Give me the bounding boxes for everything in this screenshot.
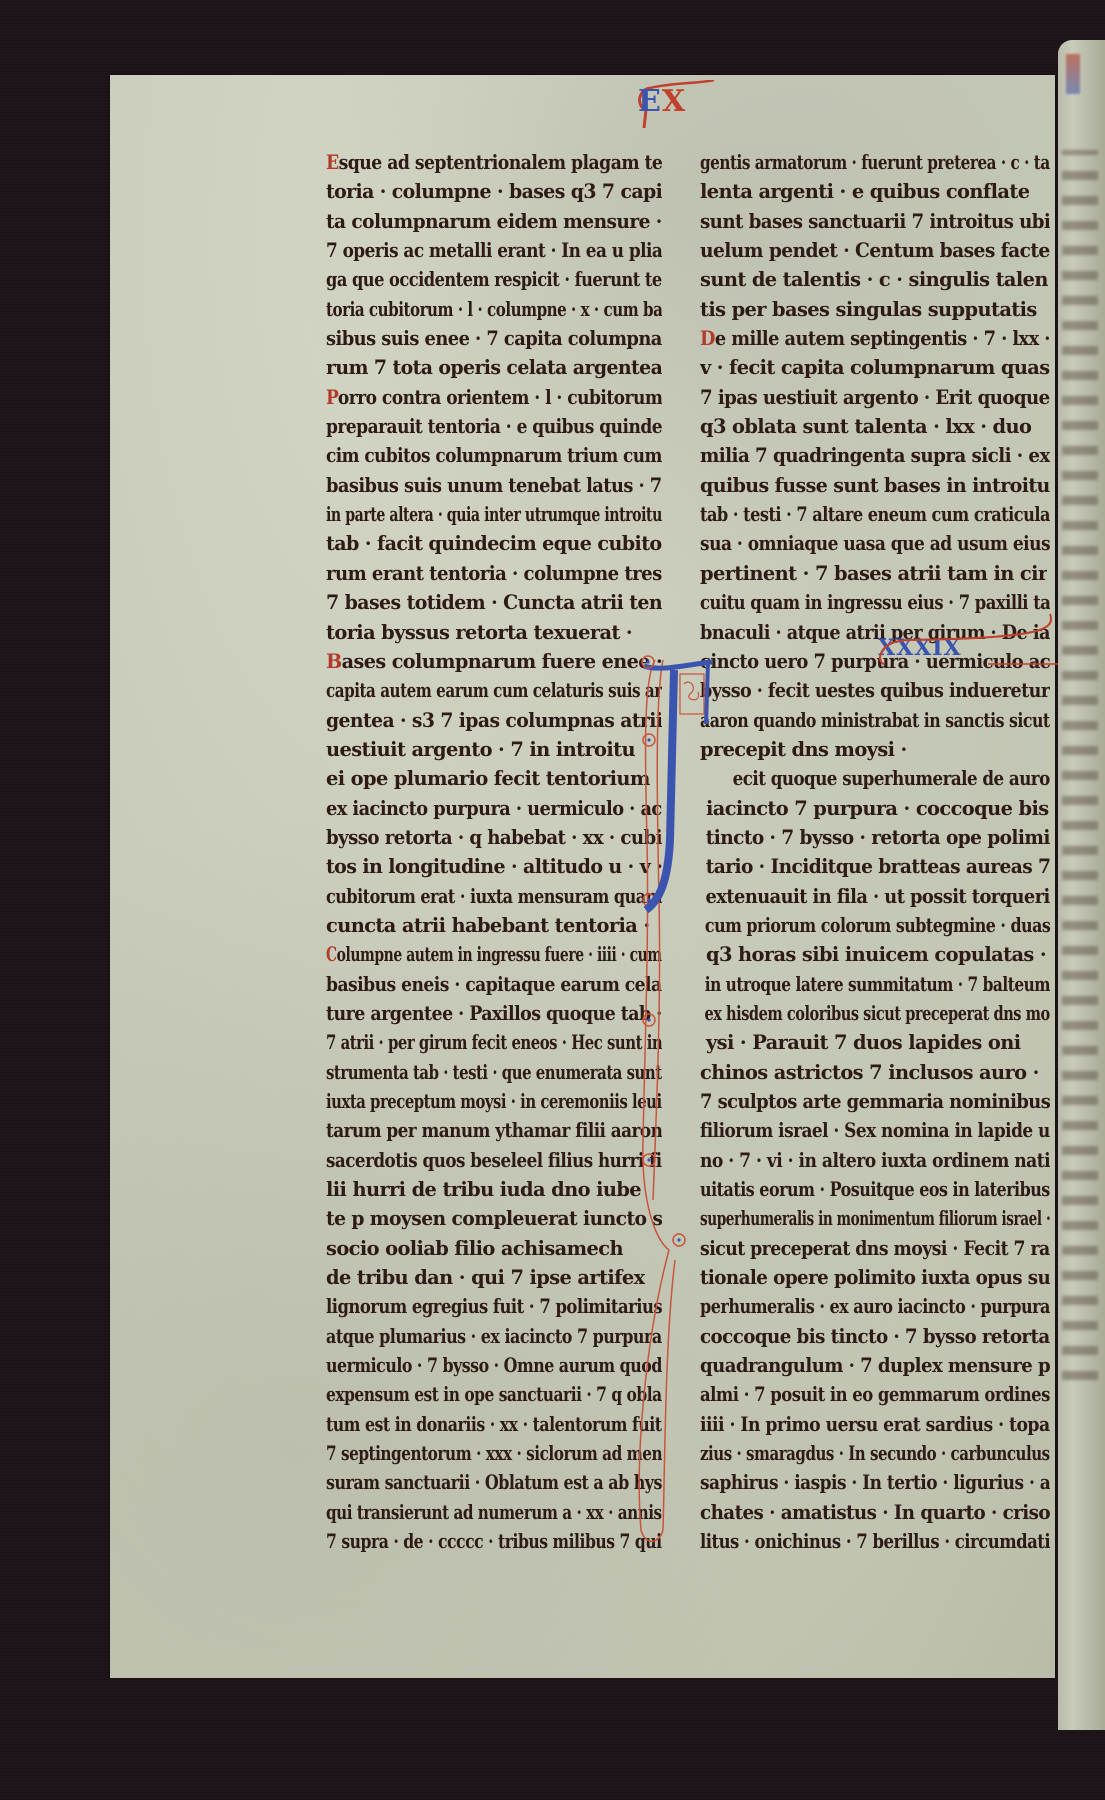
text-line: ysi · Parauit 7 duos lapides oni — [700, 1028, 1027, 1057]
text-line: 7 supra · de · ccccc · tribus milibus 7 … — [326, 1527, 662, 1556]
text-line: ex iacincto purpura · uermiculo · ac — [326, 794, 662, 823]
text-line: basibus eneis · capitaque earum cela — [326, 970, 662, 999]
text-line: toria cubitorum · l · columpne · x · cum… — [326, 295, 662, 324]
rubricated-letter: C — [326, 943, 337, 966]
text-line: tincto · 7 bysso · retorta ope polimi — [700, 823, 1056, 852]
text-line: 7 septingentorum · xxx · siclorum ad men — [326, 1439, 662, 1468]
text-line: tarum per manum ythamar filii aaron — [326, 1116, 662, 1145]
chapter-bracket-icon — [870, 610, 1060, 670]
text-line: uelum pendet · Centum bases facte — [700, 236, 1050, 265]
text-line: qui transierunt ad numerum a · xx · anni… — [326, 1498, 662, 1527]
text-line: Columpne autem in ingressu fuere · iiii … — [326, 940, 662, 969]
text-line: ture argentee · Paxillos quoque tab · — [326, 999, 662, 1028]
text-line: de tribu dan · qui 7 ipse artifex — [326, 1263, 645, 1292]
text-line: ei ope plumario fecit tentorium — [326, 764, 650, 793]
text-line: iacincto 7 purpura · coccoque bis — [700, 794, 1055, 823]
text-line: q3 horas sibi inuicem copulatas · — [700, 940, 1052, 969]
text-line: uitatis eorum · Posuitque eos in laterib… — [700, 1175, 1050, 1204]
text-line: sacerdotis quos beseleel filius hurri fi — [326, 1146, 662, 1175]
text-line: uermiculo · 7 bysso · Omne aurum quod — [326, 1351, 662, 1380]
text-line: lii hurri de tribu iuda dno iube — [326, 1175, 641, 1204]
text-line: ecit quoque superhumerale de auro — [700, 764, 1083, 793]
text-line: toria byssus retorta texuerat · — [326, 618, 632, 647]
running-head-text: X — [662, 84, 686, 119]
text-line: 7 operis ac metalli erant · In ea u plia — [326, 236, 662, 265]
text-column-left: Esque ad septentrionalem plagam tetoria … — [326, 148, 662, 1557]
text-line: Bases columpnarum fuere enee · — [326, 647, 662, 676]
text-line: tos in longitudine · altitudo u · v · — [326, 852, 662, 881]
text-line: sua · omniaque uasa que ad usum eius — [700, 529, 1050, 558]
text-line: sunt de talentis · c · singulis talen — [700, 265, 1048, 294]
text-line: tionale opere polimito iuxta opus su — [700, 1263, 1050, 1292]
text-line: saphirus · iaspis · In tertio · ligurius… — [700, 1468, 1050, 1497]
text-line: almi · 7 posuit in eo gemmarum ordines — [700, 1380, 1050, 1409]
text-line: rum 7 tota operis celata argentea — [326, 353, 662, 382]
text-line: tario · Inciditque bratteas aureas 7 — [700, 852, 1056, 881]
text-line: tis per bases singulas supputatis — [700, 295, 1037, 324]
text-line: uestiuit argento · 7 in introitu — [326, 735, 635, 764]
text-line: in parte altera · quia inter utrumque in… — [326, 500, 662, 529]
adjacent-leaf-edge — [1058, 40, 1105, 1730]
text-line: quadrangulum · 7 duplex mensure p — [700, 1351, 1050, 1380]
rubricated-letter: D — [700, 327, 715, 350]
running-head-prefix: E — [638, 84, 662, 119]
text-line: sibus suis enee · 7 capita columpna — [326, 324, 662, 353]
text-line: cuncta atrii habebant tentoria · — [326, 911, 650, 940]
text-line: preparauit tentoria · e quibus quinde — [326, 412, 662, 441]
text-line: tab · facit quindecim eque cubito — [326, 529, 662, 558]
text-line: strumenta tab · testi · que enumerata su… — [326, 1058, 662, 1087]
text-line: 7 sculptos arte gemmaria nominibus — [700, 1087, 1050, 1116]
text-line: Porro contra orientem · l · cubitorum — [326, 383, 662, 412]
text-line: bysso · fecit uestes quibus indueretur — [700, 676, 1050, 705]
text-line: tab · testi · 7 altare eneum cum craticu… — [700, 500, 1050, 529]
text-line: perhumeralis · ex auro iacincto · purpur… — [700, 1292, 1050, 1321]
text-line: gentis armatorum · fuerunt preterea · c … — [700, 148, 1050, 177]
text-line: ga que occidentem respicit · fuerunt te — [326, 265, 662, 294]
text-line: 7 bases totidem · Cuncta atrii ten — [326, 588, 662, 617]
text-line: ta columpnarum eidem mensure · — [326, 207, 662, 236]
text-line: v · fecit capita columpnarum quas — [700, 353, 1050, 382]
decorated-initial-F-icon — [640, 640, 720, 960]
text-line: no · 7 · vi · in altero iuxta ordinem na… — [700, 1146, 1050, 1175]
text-line: 7 ipas uestiuit argento · Erit quoque — [700, 383, 1050, 412]
text-line: zius · smaragdus · In secundo · carbuncu… — [700, 1439, 1050, 1468]
text-column-right: gentis armatorum · fuerunt preterea · c … — [700, 148, 1050, 1557]
text-line: precepit dns moysi · — [700, 735, 907, 764]
text-line: basibus suis unum tenebat latus · 7 — [326, 471, 662, 500]
text-line: pertinent · 7 bases atrii tam in cir — [700, 559, 1047, 588]
text-line: suram sanctuarii · Oblatum est a ab hys — [326, 1468, 662, 1497]
text-line: in utroque latere summitatum · 7 balteum — [700, 970, 1055, 999]
text-line: iiii · In primo uersu erat sardius · top… — [700, 1410, 1050, 1439]
text-line: capita autem earum cum celaturis suis ar — [326, 676, 662, 705]
text-line: chates · amatistus · In quarto · criso — [700, 1498, 1050, 1527]
text-line: cim cubitos columpnarum trium cum — [326, 441, 662, 470]
running-head: EX — [638, 84, 686, 119]
text-line: coccoque bis tincto · 7 bysso retorta — [700, 1322, 1050, 1351]
text-line: cum priorum colorum subtegmine · duas — [700, 911, 1055, 940]
text-line: quibus fusse sunt bases in introitu — [700, 471, 1050, 500]
text-line: atque plumarius · ex iacincto 7 purpura — [326, 1322, 662, 1351]
rubricated-letter: E — [326, 151, 339, 174]
text-line: sicut preceperat dns moysi · Fecit 7 ra — [700, 1234, 1050, 1263]
text-line: filiorum israel · Sex nomina in lapide u — [700, 1116, 1050, 1145]
leaf-tab-marker — [1066, 54, 1080, 94]
text-line: gentea · s3 7 ipas columpnas atrii — [326, 706, 662, 735]
text-line: 7 atrii · per girum fecit eneos · Hec su… — [326, 1028, 662, 1057]
text-line: sunt bases sanctuarii 7 introitus ubi — [700, 207, 1050, 236]
text-line: te p moysen compleuerat iuncto s — [326, 1204, 662, 1233]
rubricated-letter: P — [326, 386, 338, 409]
text-line: aaron quando ministrabat in sanctis sicu… — [700, 706, 1050, 735]
text-line: lenta argenti · e quibus conflate — [700, 177, 1029, 206]
text-line: q3 oblata sunt talenta · lxx · duo — [700, 412, 1031, 441]
text-line: bysso retorta · q habebat · xx · cubi — [326, 823, 662, 852]
text-line: Esque ad septentrionalem plagam te — [326, 148, 662, 177]
text-line: litus · onichinus · 7 berillus · circumd… — [700, 1527, 1050, 1556]
rubricated-letter: B — [326, 650, 342, 673]
text-line: toria · columpne · bases q3 7 capi — [326, 177, 662, 206]
text-line: De mille autem septingentis · 7 · lxx · — [700, 324, 1050, 353]
text-line: chinos astrictos 7 inclusos auro · — [700, 1058, 1039, 1087]
text-line: iuxta preceptum moysi · in ceremoniis le… — [326, 1087, 662, 1116]
text-line: milia 7 quadringenta supra sicli · ex — [700, 441, 1050, 470]
text-line: extenuauit in fila · ut possit torqueri — [700, 882, 1056, 911]
text-line: tum est in donariis · xx · talentorum fu… — [326, 1410, 662, 1439]
text-line: lignorum egregius fuit · 7 polimitarius — [326, 1292, 662, 1321]
text-line: superhumeralis in monimentum filiorum is… — [700, 1204, 1050, 1233]
text-line: socio ooliab filio achisamech — [326, 1234, 623, 1263]
text-line: cubitorum erat · iuxta mensuram quam — [326, 882, 662, 911]
text-line: rum erant tentoria · columpne tres — [326, 559, 662, 588]
text-line: ex hisdem coloribus sicut preceperat dns… — [700, 999, 1054, 1028]
text-line: expensum est in ope sanctuarii · 7 q obl… — [326, 1380, 662, 1409]
